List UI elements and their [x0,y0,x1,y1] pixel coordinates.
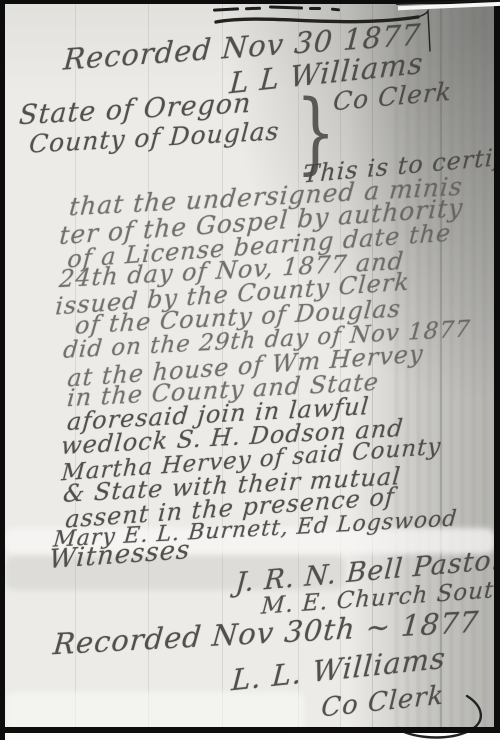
scan-border-bottom [0,727,500,733]
scan-border-left [0,0,5,740]
scanned-document-page: Recorded Nov 30 1877 L L Williams Co Cle… [0,0,500,740]
scan-border-right [494,0,500,733]
clerk-flourish [395,694,491,740]
paper-background: Recorded Nov 30 1877 L L Williams Co Cle… [5,4,495,730]
scan-light-band [5,692,305,732]
